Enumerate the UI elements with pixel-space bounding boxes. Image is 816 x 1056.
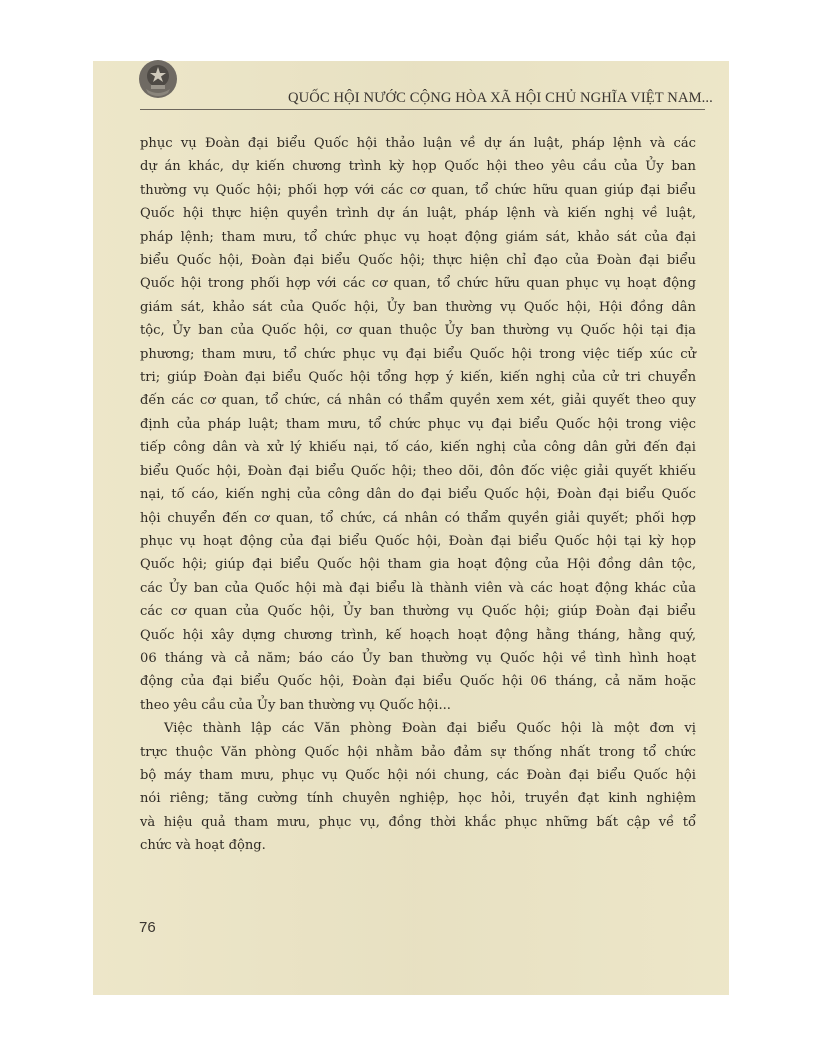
text-line: nại, tố cáo, kiến nghị của công dân do đ… xyxy=(140,483,696,506)
paragraph-2: Việc thành lập các Văn phòng Đoàn đại bi… xyxy=(140,717,696,857)
text-line: và hiệu quả tham mưu, phục vụ, đồng thời… xyxy=(140,811,696,834)
national-emblem-icon xyxy=(137,59,179,101)
book-page: QUỐC HỘI NƯỚC CỘNG HÒA XÃ HỘI CHỦ NGHĨA … xyxy=(93,61,729,995)
text-line: pháp lệnh; tham mưu, tổ chức phục vụ hoạ… xyxy=(140,226,696,249)
paragraph-1: phục vụ Đoàn đại biểu Quốc hội thảo luận… xyxy=(140,132,696,717)
text-line: động của đại biểu Quốc hội, Đoàn đại biể… xyxy=(140,670,696,693)
text-line: định của pháp luật; tham mưu, tổ chức ph… xyxy=(140,413,696,436)
text-line: tri; giúp Đoàn đại biểu Quốc hội tổng hợ… xyxy=(140,366,696,389)
text-line: phục vụ Đoàn đại biểu Quốc hội thảo luận… xyxy=(140,132,696,155)
text-line: Quốc hội thực hiện quyền trình dự án luậ… xyxy=(140,202,696,225)
page-number: 76 xyxy=(139,919,156,936)
text-line: Quốc hội xây dựng chương trình, kế hoạch… xyxy=(140,624,696,647)
text-line: chức và hoạt động. xyxy=(140,834,696,857)
text-line: dự án khác, dự kiến chương trình kỳ họp … xyxy=(140,155,696,178)
text-line: trực thuộc Văn phòng Quốc hội nhằm bảo đ… xyxy=(140,741,696,764)
text-line: Quốc hội trong phối hợp với các cơ quan,… xyxy=(140,272,696,295)
text-line: phương; tham mưu, tổ chức phục vụ đại bi… xyxy=(140,343,696,366)
text-line: các cơ quan của Quốc hội, Ủy ban thường … xyxy=(140,600,696,623)
text-line: các Ủy ban của Quốc hội mà đại biểu là t… xyxy=(140,577,696,600)
text-line: tộc, Ủy ban của Quốc hội, cơ quan thuộc … xyxy=(140,319,696,342)
text-line: giám sát, khảo sát của Quốc hội, Ủy ban … xyxy=(140,296,696,319)
text-line: Việc thành lập các Văn phòng Đoàn đại bi… xyxy=(140,717,696,740)
text-line: hội chuyển đến cơ quan, tổ chức, cá nhân… xyxy=(140,507,696,530)
text-line: biểu Quốc hội, Đoàn đại biểu Quốc hội; t… xyxy=(140,460,696,483)
text-line: đến các cơ quan, tổ chức, cá nhân có thẩ… xyxy=(140,389,696,412)
text-line: theo yêu cầu của Ủy ban thường vụ Quốc h… xyxy=(140,694,696,717)
text-line: nói riêng; tăng cường tính chuyên nghiệp… xyxy=(140,787,696,810)
text-line: thường vụ Quốc hội; phối hợp với các cơ … xyxy=(140,179,696,202)
text-line: Quốc hội; giúp đại biểu Quốc hội tham gi… xyxy=(140,553,696,576)
text-line: tiếp công dân và xử lý khiếu nại, tố cáo… xyxy=(140,436,696,459)
text-line: phục vụ hoạt động của đại biểu Quốc hội,… xyxy=(140,530,696,553)
text-line: biểu Quốc hội, Đoàn đại biểu Quốc hội; t… xyxy=(140,249,696,272)
running-header-title: QUỐC HỘI NƯỚC CỘNG HÒA XÃ HỘI CHỦ NGHĨA … xyxy=(288,90,708,107)
text-line: 06 tháng và cả năm; báo cáo Ủy ban thườn… xyxy=(140,647,696,670)
text-line: bộ máy tham mưu, phục vụ Quốc hội nói ch… xyxy=(140,764,696,787)
header-rule xyxy=(140,109,705,110)
body-text: phục vụ Đoàn đại biểu Quốc hội thảo luận… xyxy=(140,132,696,858)
